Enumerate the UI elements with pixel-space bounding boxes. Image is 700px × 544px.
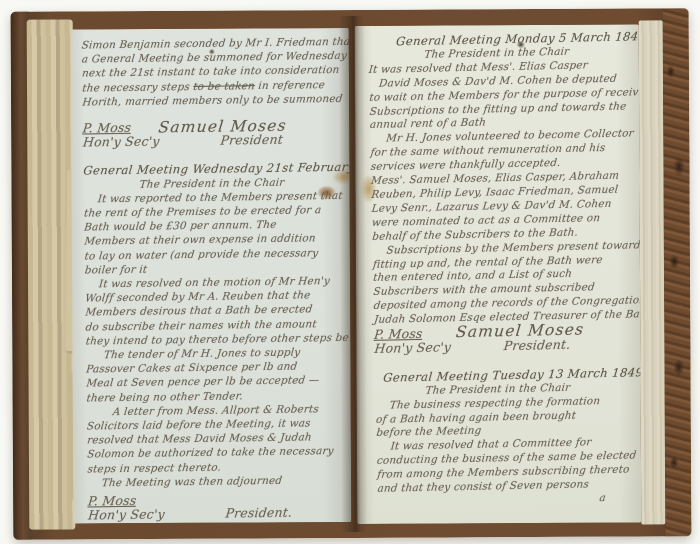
scanned-manuscript-photo: Simon Benjamin seconded by Mr I. Friedma…: [0, 0, 700, 544]
signature-left: Hon'y Sec'y: [82, 135, 160, 150]
struck-out-word: to be taken: [193, 80, 256, 93]
manuscript-line: Hon'y Sec'yPresident.: [87, 505, 349, 523]
signature-right: President.: [503, 338, 571, 353]
left-page: Simon Benjamin seconded by Mr I. Friedma…: [71, 28, 352, 523]
signature-left: Hon'y Sec'y: [87, 508, 165, 523]
book-gutter-shadow: [339, 16, 368, 532]
right-page-handwriting: General Meeting Monday 5 March 1849The P…: [355, 24, 642, 511]
torn-page-stubs: [27, 19, 76, 529]
signature-right: President.: [225, 506, 293, 521]
marbled-cover-edge: [663, 8, 692, 536]
signature-right: President: [220, 133, 284, 148]
left-page-handwriting: Simon Benjamin seconded by Mr I. Friedma…: [71, 28, 352, 523]
minute-book: Simon Benjamin seconded by Mr I. Friedma…: [11, 8, 692, 540]
line-segment: the necessary steps: [82, 81, 194, 95]
page-fore-edge: [639, 20, 666, 524]
line-segment: in reference: [254, 79, 325, 92]
signature-left: Hon'y Sec'y: [374, 340, 452, 356]
right-page: General Meeting Monday 5 March 1849The P…: [355, 24, 642, 523]
